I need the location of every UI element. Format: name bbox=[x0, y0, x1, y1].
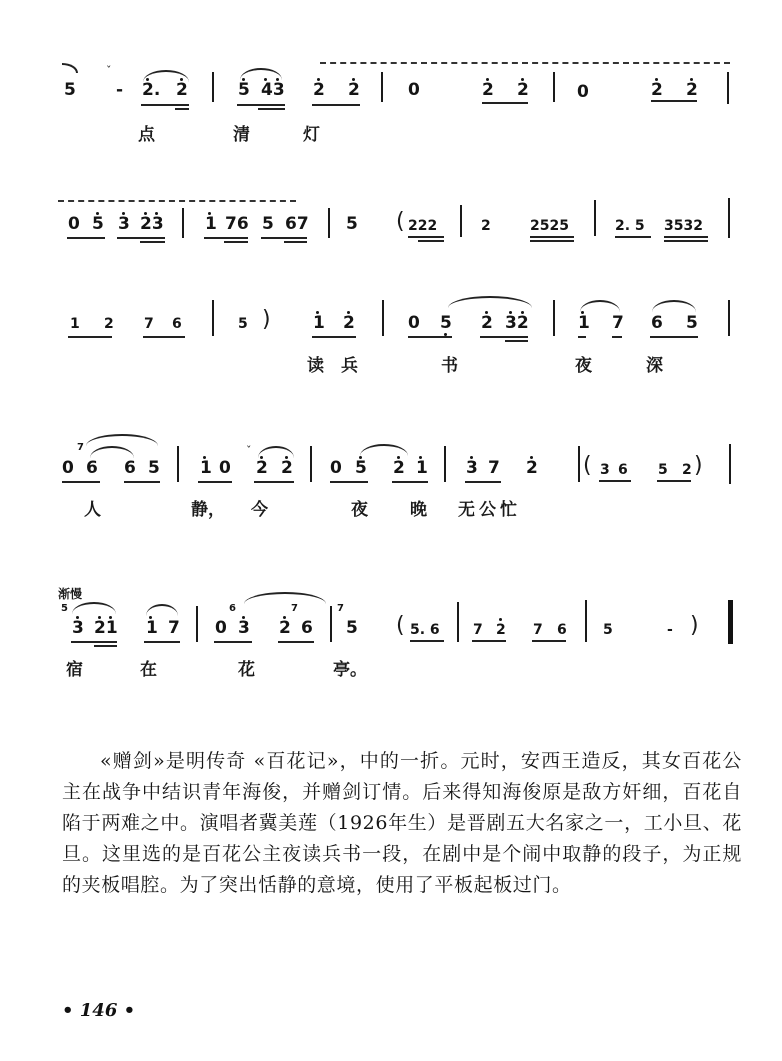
note: 0 bbox=[408, 80, 420, 100]
barline bbox=[330, 606, 332, 642]
barline bbox=[727, 72, 729, 104]
underline bbox=[312, 336, 356, 338]
note: 3 bbox=[238, 618, 250, 638]
note: 5 bbox=[238, 80, 250, 100]
note: 7 bbox=[533, 620, 543, 640]
underline bbox=[68, 336, 112, 338]
lyric: 深 bbox=[646, 356, 663, 376]
note: 7 bbox=[612, 313, 624, 333]
octave-dot bbox=[419, 456, 422, 459]
underline bbox=[237, 104, 285, 106]
lyric: 读 bbox=[307, 356, 324, 376]
octave-dot bbox=[276, 78, 279, 81]
octave-dot bbox=[530, 456, 533, 459]
slur bbox=[72, 602, 116, 614]
octave-dot bbox=[122, 212, 125, 215]
lyric: 静， bbox=[191, 500, 225, 520]
lyric: 花 bbox=[238, 660, 255, 680]
octave-dot bbox=[499, 618, 502, 621]
lyric: 兵 bbox=[341, 356, 358, 376]
lyric: 无公忙 bbox=[458, 500, 521, 520]
note: 7 bbox=[168, 618, 180, 638]
note: 0 bbox=[215, 618, 227, 638]
note: 23 bbox=[140, 214, 164, 234]
note: 32 bbox=[505, 313, 529, 333]
final-double-barline bbox=[728, 600, 733, 644]
underline bbox=[532, 640, 566, 642]
barline bbox=[553, 72, 555, 102]
underline bbox=[392, 481, 428, 483]
octave-dot bbox=[581, 311, 584, 314]
note: 1 bbox=[70, 314, 80, 334]
underline bbox=[472, 640, 506, 642]
underline bbox=[214, 641, 252, 643]
note: 6 bbox=[172, 314, 182, 334]
barline bbox=[460, 205, 462, 237]
tie-line bbox=[58, 200, 296, 204]
note: 5 bbox=[603, 620, 613, 640]
underline bbox=[530, 236, 574, 238]
note: 2 bbox=[496, 620, 506, 640]
octave-dot bbox=[180, 78, 183, 81]
octave-dot bbox=[203, 456, 206, 459]
underline bbox=[224, 241, 248, 243]
barline bbox=[212, 300, 214, 336]
note: 1 bbox=[313, 313, 325, 333]
note: 21 bbox=[94, 618, 118, 638]
underline bbox=[175, 108, 189, 110]
barline bbox=[382, 300, 384, 336]
underline bbox=[599, 480, 631, 482]
lyric: 书 bbox=[441, 356, 458, 376]
note: 2 bbox=[176, 80, 188, 100]
slur bbox=[146, 604, 178, 616]
barline bbox=[729, 444, 731, 484]
note: - bbox=[116, 80, 123, 100]
barline bbox=[328, 208, 330, 238]
note: 3 bbox=[466, 458, 478, 478]
lyric: 人 bbox=[84, 500, 101, 520]
lyric: 灯 bbox=[303, 125, 320, 145]
underline bbox=[615, 236, 651, 238]
open-paren: ( bbox=[396, 210, 405, 234]
underline bbox=[258, 108, 285, 110]
commentary-paragraph: «赠剑»是明传奇 «百花记»，中的一折。元时，安西王造反，其女百花公主在战争中结… bbox=[62, 746, 742, 901]
open-paren: ( bbox=[396, 614, 405, 638]
note: 2 bbox=[526, 458, 538, 478]
note: 7 bbox=[488, 458, 500, 478]
grace-note: 6 bbox=[229, 604, 236, 614]
open-paren: ( bbox=[583, 454, 592, 478]
underline bbox=[143, 336, 185, 338]
slur bbox=[360, 444, 408, 456]
note: 5 bbox=[262, 214, 274, 234]
underline bbox=[482, 102, 528, 104]
lyric: 清 bbox=[233, 125, 250, 145]
underline bbox=[664, 240, 708, 242]
barline bbox=[182, 208, 184, 238]
octave-dot bbox=[149, 616, 152, 619]
note: 3 bbox=[72, 618, 84, 638]
barline bbox=[728, 300, 730, 336]
barline bbox=[212, 72, 214, 102]
octave-dot bbox=[283, 616, 286, 619]
underline bbox=[62, 481, 100, 483]
underline bbox=[651, 100, 697, 102]
tie-continuation bbox=[62, 63, 78, 73]
note: 3 bbox=[118, 214, 130, 234]
note: 2 bbox=[481, 313, 493, 333]
lyric: 今 bbox=[251, 500, 268, 520]
octave-dot bbox=[109, 616, 112, 619]
note: 2 bbox=[686, 80, 698, 100]
lyric: 夜 bbox=[575, 356, 592, 376]
tempo-marking: 渐慢 bbox=[58, 585, 82, 602]
note: 5 bbox=[346, 618, 358, 638]
octave-dot bbox=[485, 311, 488, 314]
underline bbox=[140, 241, 165, 243]
octave-dot bbox=[521, 311, 524, 314]
note: 2 bbox=[651, 80, 663, 100]
note: 7 bbox=[144, 314, 154, 334]
underline bbox=[410, 640, 444, 642]
octave-dot bbox=[242, 616, 245, 619]
barline bbox=[594, 200, 596, 236]
underline bbox=[278, 641, 314, 643]
underline bbox=[284, 241, 307, 243]
note: 0 bbox=[62, 458, 74, 478]
underline bbox=[117, 237, 165, 239]
tie-line bbox=[320, 62, 730, 66]
octave-dot bbox=[76, 616, 79, 619]
underline bbox=[94, 645, 117, 647]
lyric: 晚 bbox=[410, 500, 427, 520]
octave-dot bbox=[359, 456, 362, 459]
note: 5 bbox=[238, 314, 248, 334]
octave-dot bbox=[521, 78, 524, 81]
note: 6 bbox=[651, 313, 663, 333]
note: 2 bbox=[517, 80, 529, 100]
underline bbox=[480, 336, 528, 338]
note: 5 bbox=[658, 460, 668, 480]
close-paren: ) bbox=[690, 614, 699, 638]
note: 5 bbox=[355, 458, 367, 478]
lyric: 亭。 bbox=[333, 660, 367, 680]
underline bbox=[578, 336, 586, 338]
underline bbox=[330, 481, 368, 483]
note: 2. bbox=[142, 80, 160, 100]
note: 3 bbox=[600, 460, 610, 480]
underline bbox=[254, 481, 294, 483]
note: 6 bbox=[86, 458, 98, 478]
note: 2 bbox=[348, 80, 360, 100]
slur bbox=[448, 296, 532, 308]
underline bbox=[408, 236, 444, 238]
note: 5 bbox=[92, 214, 104, 234]
octave-dot bbox=[264, 78, 267, 81]
barline bbox=[177, 446, 179, 482]
underline bbox=[67, 237, 105, 239]
breath-mark: ˇ bbox=[246, 444, 252, 457]
barline bbox=[381, 72, 383, 102]
note: 0 bbox=[68, 214, 80, 234]
note: 7 bbox=[473, 620, 483, 640]
underline bbox=[312, 104, 360, 106]
note: 5 bbox=[440, 313, 452, 333]
octave-dot bbox=[96, 212, 99, 215]
note: 6 bbox=[124, 458, 136, 478]
slur bbox=[244, 592, 326, 604]
note: 3532 bbox=[664, 216, 703, 236]
underline bbox=[505, 340, 528, 342]
note: 6 bbox=[618, 460, 628, 480]
octave-dot bbox=[208, 212, 211, 215]
underline bbox=[141, 104, 189, 106]
grace-note: 5 bbox=[61, 604, 68, 614]
close-paren: ) bbox=[262, 308, 271, 332]
octave-dot bbox=[690, 78, 693, 81]
note: 2 bbox=[393, 458, 405, 478]
note: 2 bbox=[256, 458, 268, 478]
note: 5 bbox=[346, 214, 358, 234]
underline bbox=[657, 480, 691, 482]
note: 2525 bbox=[530, 216, 569, 236]
note: 2 bbox=[482, 80, 494, 100]
octave-dot bbox=[144, 212, 147, 215]
barline bbox=[553, 300, 555, 336]
slur bbox=[258, 446, 294, 458]
note: 2 bbox=[343, 313, 355, 333]
lyric: 宿 bbox=[66, 660, 83, 680]
note: - bbox=[667, 620, 673, 640]
underline bbox=[261, 237, 307, 239]
note: 76 bbox=[225, 214, 249, 234]
note: 1 bbox=[416, 458, 428, 478]
underline bbox=[408, 336, 452, 338]
underline bbox=[612, 336, 622, 338]
close-paren: ) bbox=[694, 454, 703, 478]
octave-dot bbox=[397, 456, 400, 459]
note: 2 bbox=[104, 314, 114, 334]
note: 6 bbox=[557, 620, 567, 640]
underline bbox=[124, 481, 160, 483]
barline bbox=[728, 198, 730, 238]
note: 5. 6 bbox=[410, 620, 440, 640]
grace-note: 7 bbox=[337, 604, 344, 614]
barline bbox=[578, 446, 580, 482]
octave-dot bbox=[486, 78, 489, 81]
underline bbox=[664, 236, 708, 238]
note: 2 bbox=[682, 460, 692, 480]
octave-dot bbox=[470, 456, 473, 459]
octave-dot bbox=[155, 212, 158, 215]
underline bbox=[465, 481, 501, 483]
lyric: 点 bbox=[138, 125, 155, 145]
lyric: 夜 bbox=[351, 500, 368, 520]
note: 2 bbox=[279, 618, 291, 638]
note: 1 bbox=[146, 618, 158, 638]
underline bbox=[204, 237, 248, 239]
breath-mark: ˇ bbox=[106, 64, 112, 77]
note: 67 bbox=[285, 214, 309, 234]
octave-dot bbox=[242, 78, 245, 81]
slur bbox=[652, 300, 696, 312]
underline bbox=[650, 336, 698, 338]
note: 1 bbox=[200, 458, 212, 478]
note: 0 bbox=[408, 313, 420, 333]
note: 222 bbox=[408, 216, 437, 236]
note: 1 bbox=[205, 214, 217, 234]
slur bbox=[90, 446, 134, 458]
octave-dot bbox=[347, 311, 350, 314]
octave-dot bbox=[655, 78, 658, 81]
barline bbox=[310, 446, 312, 482]
grace-note: 7 bbox=[77, 443, 84, 453]
slur bbox=[580, 300, 620, 312]
slur bbox=[86, 434, 158, 446]
underline bbox=[144, 641, 180, 643]
octave-dot bbox=[260, 456, 263, 459]
octave-dot bbox=[98, 616, 101, 619]
underline bbox=[530, 240, 574, 242]
barline bbox=[444, 446, 446, 482]
note: 2. 5 bbox=[615, 216, 645, 236]
commentary-text: «赠剑»是明传奇 «百花记»，中的一折。元时，安西王造反，其女百花公主在战争中结… bbox=[62, 746, 742, 901]
note: 5 bbox=[64, 80, 76, 100]
note: 0 bbox=[577, 82, 589, 102]
octave-dot bbox=[285, 456, 288, 459]
octave-dot bbox=[509, 311, 512, 314]
octave-dot bbox=[146, 78, 149, 81]
octave-dot bbox=[316, 311, 319, 314]
note: 1 bbox=[578, 313, 590, 333]
page-number: • 146 • bbox=[62, 1000, 135, 1021]
underline bbox=[71, 641, 117, 643]
note: 2 bbox=[313, 80, 325, 100]
note: 43 bbox=[261, 80, 285, 100]
note: 0 bbox=[330, 458, 342, 478]
underline bbox=[198, 481, 232, 483]
note: 2 bbox=[281, 458, 293, 478]
octave-dot bbox=[352, 78, 355, 81]
note: 6 bbox=[301, 618, 313, 638]
note: 0 bbox=[219, 458, 231, 478]
note: 5 bbox=[686, 313, 698, 333]
note: 5 bbox=[148, 458, 160, 478]
note: 2 bbox=[481, 216, 491, 236]
underline bbox=[418, 240, 444, 242]
octave-dot bbox=[317, 78, 320, 81]
barline bbox=[196, 606, 198, 642]
barline bbox=[585, 600, 587, 642]
grace-note: 7 bbox=[291, 604, 298, 614]
barline bbox=[457, 602, 459, 642]
lyric: 在 bbox=[140, 660, 157, 680]
